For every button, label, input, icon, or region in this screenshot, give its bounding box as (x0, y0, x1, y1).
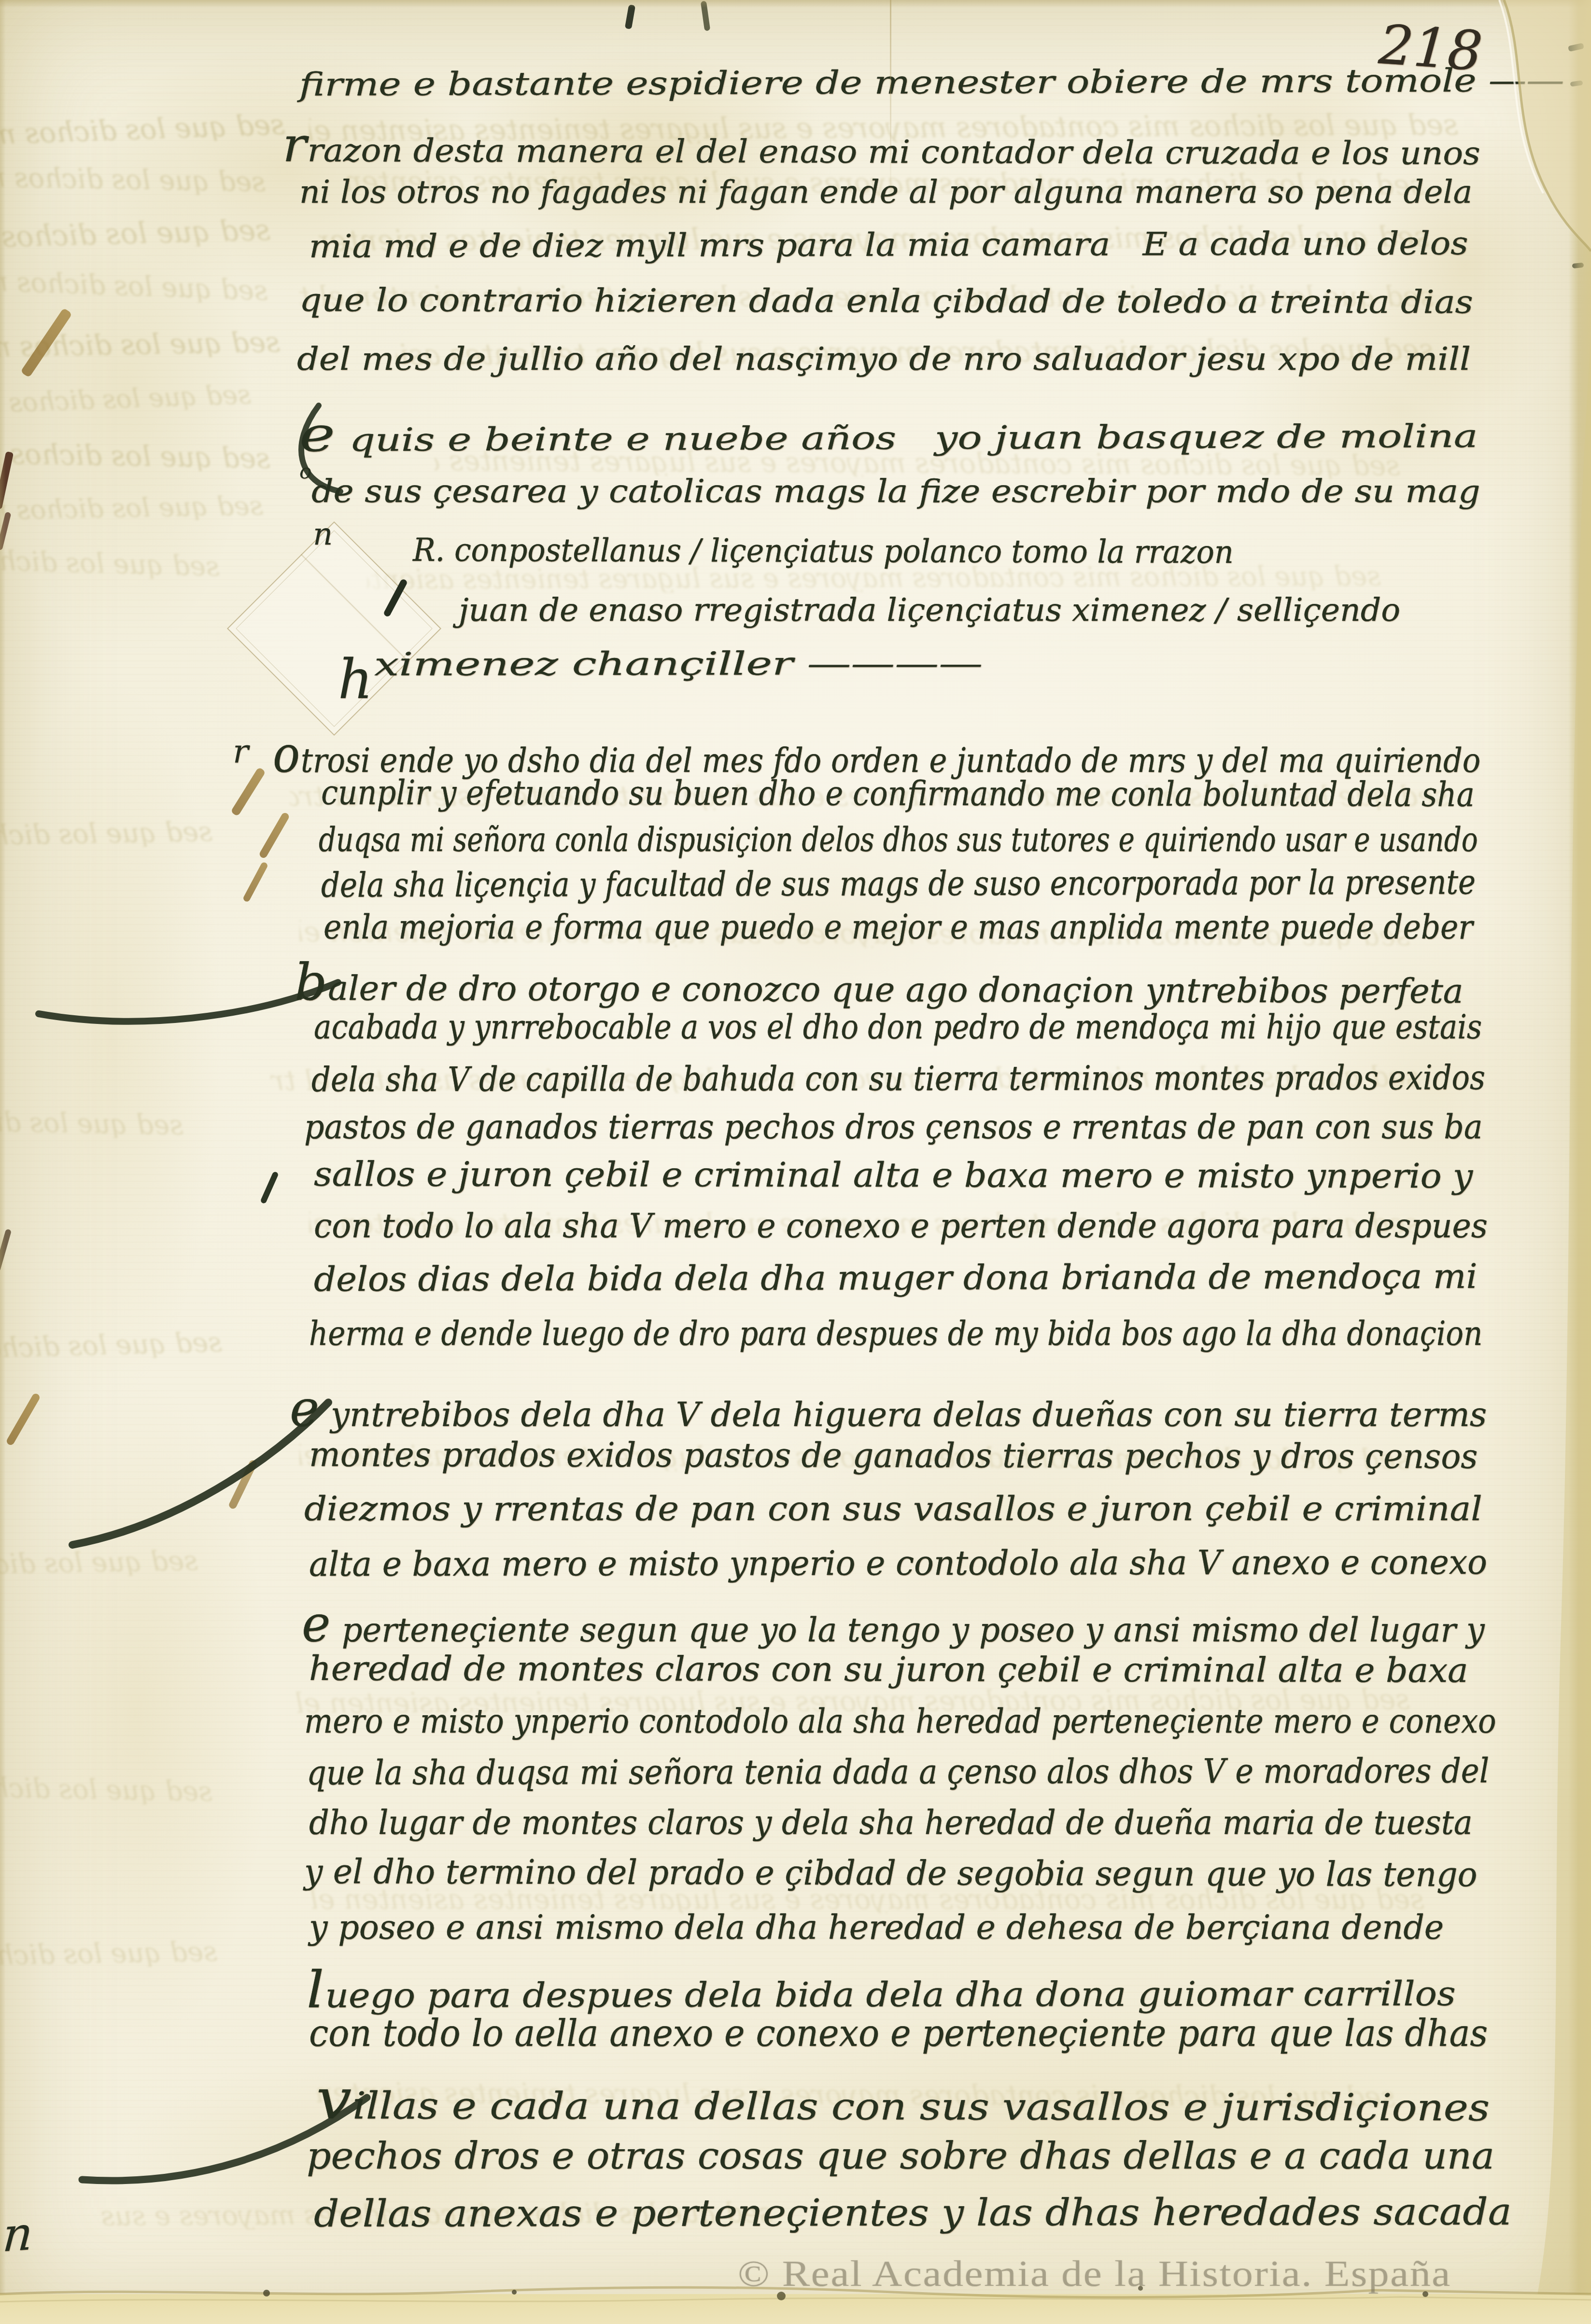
margin-slash (242, 861, 269, 903)
text-line: con todo lo aella anexo e conexo e perte… (309, 2017, 1574, 2051)
bleedthrough-line: sed que los dichos mis contadores mayore… (0, 819, 212, 850)
text-line: luego para despues dela bida dela dha do… (307, 1965, 1374, 2013)
text-line: de sus çesarea y catolicas mags la fize … (311, 477, 1396, 506)
bleedthrough-line: sed que los dichos mis contadores mayore… (0, 164, 266, 196)
stain (0, 126, 251, 657)
text-line: e quis e beinte e nuebe años yo juan bas… (299, 410, 1229, 457)
text-line: montes prados exidos pastos de ganados t… (309, 1439, 1508, 1472)
text-line: ximenez chançiller ———— (374, 649, 816, 679)
text-line: baler de dro otorgo e conozco que ago do… (295, 959, 1461, 1009)
text-line: enla mejoria e forma que puedo e mejor e… (324, 911, 1591, 942)
text-line: pastos de ganados tierras pechos dros çe… (304, 1111, 1574, 1142)
text-line: sallos e juron çebil e criminal alta e b… (314, 1159, 1422, 1191)
text-line: delos dias dela bida dela dha muger dona… (314, 1261, 1442, 1295)
bleedthrough-line: sed que los dichos mis contadores mayore… (0, 111, 285, 150)
text-line: e yntrebibos dela dha V dela higuera del… (290, 1386, 1506, 1432)
text-line: alta e baxa mero e misto ynperio e conto… (309, 1547, 1522, 1580)
stain (0, 676, 222, 1400)
text-line: juan de enaso rregistrada liçençiatus xi… (459, 596, 1396, 625)
embossed-seal-diamond (227, 521, 441, 736)
text-line: ni los otros no fagades ni fagan ende al… (299, 178, 1465, 207)
text-line: herma e dende luego de dro para despues … (309, 1318, 1591, 1349)
text-line: mero e misto ynperio contodolo ala sha h… (304, 1706, 1591, 1736)
text-line: R. conpostellanus / liçençiatus polanco … (413, 536, 1288, 567)
margin-slash (20, 308, 72, 378)
text-line: villas e cada una dellas con sus vasallo… (316, 2074, 1365, 2127)
seal-ink-mark-h: h (338, 653, 373, 707)
text-line: dela sha V de capilla de bahuda con su t… (311, 1062, 1591, 1095)
stain (0, 1376, 270, 2052)
text-line: con todo lo ala sha V mero e conexo e pe… (314, 1210, 1551, 1241)
superscript-mark-o: o (299, 462, 311, 482)
margin-mark-r: r (233, 736, 249, 769)
text-line: heredad de montes claros con su juron çe… (309, 1653, 1450, 1686)
bleedthrough-line: sed que los dichos mis contadores mayore… (0, 1108, 183, 1139)
text-line: y poseo e ansi mismo dela dha heredad e … (309, 1912, 1474, 1943)
bleedthrough-line: sed que los dichos mis contadores mayore… (0, 1775, 212, 1806)
text-line: duqsa mi señora conla dispusiçion delos … (319, 824, 1591, 855)
quire-mark: n (1, 2210, 34, 2258)
top-edge-ink-mark (625, 4, 635, 29)
text-line: pechos dros e otras cosas que sobre dhas… (307, 2140, 1463, 2174)
text-line: e perteneçiente segun que yo la tengo y … (302, 1601, 1538, 1648)
copyright-watermark: © Real Academia de la Historia. España (738, 2255, 1366, 2292)
text-line: que la sha duqsa mi señora tenia dada a … (307, 1755, 1591, 1789)
text-line: acabada y ynrrebocable a vos el dho don … (314, 1011, 1591, 1042)
margin-slash (228, 1459, 258, 1510)
margin-slash (230, 767, 266, 817)
bottom-page-edge (0, 2294, 1591, 2324)
embossed-seal-inner-line (236, 530, 432, 727)
bleedthrough-line: sed que los dichos mis contadores mayore… (0, 439, 270, 473)
bleedthrough-line: sed que los dichos mis contadores mayore… (0, 267, 268, 305)
text-line: firme e bastante espidiere de menester o… (299, 67, 1363, 99)
bleedthrough-line: sed que los dichos mis contadores mayore… (0, 492, 263, 524)
page-edge-right (1568, 0, 1591, 2324)
text-line: y el dho termino del prado e çibdad de s… (304, 1856, 1515, 1890)
bleedthrough-line: sed que los dichos mis contadores mayore… (0, 216, 271, 253)
bleedthrough-line: sed que los dichos mis contadores mayore… (0, 1329, 223, 1363)
manuscript-page: sed que los dichos mis contadores mayore… (0, 0, 1591, 2324)
margin-slash (258, 812, 290, 859)
margin-slash (5, 1392, 41, 1446)
text-line: dho lugar de montes claros y dela sha he… (309, 1807, 1560, 1838)
text-line: rrazon desta manera el del enaso mi cont… (282, 123, 1424, 170)
page-edge-top (0, 0, 1591, 8)
margin-stroke-dark (260, 1171, 279, 1204)
bleedthrough-line: sed que los dichos mis contadores mayore… (0, 381, 252, 417)
seal-ink-mark-n: n (313, 519, 333, 550)
bleedthrough-line: sed que los dichos mis contadores mayore… (0, 547, 220, 581)
vertical-fold-line (890, 0, 891, 208)
text-line: del mes de jullio año del nasçimyo de nr… (297, 345, 1380, 374)
bleedthrough-line: sed que los dichos mis contadores mayore… (0, 1938, 217, 1970)
bleedthrough-line: sed que los dichos mis contadores mayore… (0, 1548, 198, 1579)
text-line: cunplir y efetuando su buen dho e confir… (321, 777, 1591, 811)
text-line: que lo contrario hizieren dada enla çibd… (299, 286, 1370, 317)
text-line: otrosi ende yo dsho dia del mes fdo orde… (273, 731, 1591, 778)
text-line: dela sha liçençia y facultad de sus mags… (321, 866, 1591, 901)
folio-number: 218 (1377, 18, 1484, 79)
text-line: mia md e de diez myll mrs para la mia ca… (309, 229, 1393, 262)
text-line: dellas anexas e perteneçientes y las dha… (314, 2196, 1443, 2232)
text-line: diezmos y rrentas de pan con sus vasallo… (304, 1493, 1430, 1524)
page-edge-left (0, 0, 6, 2324)
